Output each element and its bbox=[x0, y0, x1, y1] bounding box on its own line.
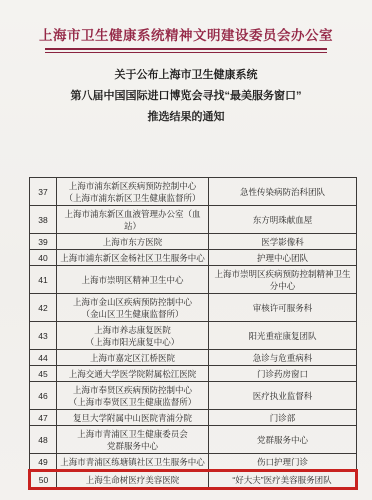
row-number-cell: 49 bbox=[30, 454, 57, 471]
table-row: 39 上海市东方医院 医学影像科 bbox=[30, 234, 357, 250]
table-row: 45 上海交通大学医学院附属松江医院 门诊药房窗口 bbox=[30, 366, 357, 382]
row-number-cell: 41 bbox=[30, 266, 57, 294]
table-row: 38 上海市浦东新区血液管理办公室（血站） 东方明珠献血屋 bbox=[30, 206, 357, 234]
team-cell: 阳光重症康复团队 bbox=[209, 322, 357, 350]
document-title-line-3: 推选结果的通知 bbox=[0, 107, 372, 128]
row-number-cell: 38 bbox=[30, 206, 57, 234]
institution-cell: 上海生命树医疗美容医院 bbox=[57, 471, 209, 489]
row-number-cell: 37 bbox=[30, 178, 57, 206]
table-row-highlighted: 50 上海生命树医疗美容医院 “好大夫”医疗美容服务团队 bbox=[30, 471, 357, 489]
table-row: 47 复旦大学附属中山医院青浦分院 门诊部 bbox=[30, 410, 357, 426]
row-number-cell: 50 bbox=[30, 471, 57, 489]
row-number-cell: 42 bbox=[30, 294, 57, 322]
institution-cell: 上海交通大学医学院附属松江医院 bbox=[57, 366, 209, 382]
team-cell: “好大夫”医疗美容服务团队 bbox=[209, 471, 357, 489]
institution-cell: 上海市青浦区练塘镇社区卫生服务中心 bbox=[57, 454, 209, 471]
team-cell: 急性传染病防治科团队 bbox=[209, 178, 357, 206]
row-number-cell: 47 bbox=[30, 410, 57, 426]
team-cell: 东方明珠献血屋 bbox=[209, 206, 357, 234]
letterhead-double-rule bbox=[45, 48, 327, 53]
table-row: 40 上海市浦东新区金杨社区卫生服务中心 护理中心团队 bbox=[30, 250, 357, 266]
table-row: 46 上海市奉贤区疾病预防控制中心 （上海市奉贤区卫生健康监督所） 医疗执业监督… bbox=[30, 382, 357, 410]
document-title: 关于公布上海市卫生健康系统 第八届中国国际进口博览会寻找“最美服务窗口” 推选结… bbox=[0, 65, 372, 128]
table-row: 41 上海市崇明区精神卫生中心 上海市崇明区疾病预防控制精神卫生分中心 bbox=[30, 266, 357, 294]
document-title-line-2: 第八届中国国际进口博览会寻找“最美服务窗口” bbox=[0, 86, 372, 107]
table-row: 48 上海市青浦区卫生健康委员会 党群服务中心 党群服务中心 bbox=[30, 426, 357, 454]
institution-cell: 上海市青浦区卫生健康委员会 党群服务中心 bbox=[57, 426, 209, 454]
team-cell: 护理中心团队 bbox=[209, 250, 357, 266]
institution-cell: 上海市金山区疾病预防控制中心 （金山区卫生健康监督所） bbox=[57, 294, 209, 322]
institution-cell: 上海市浦东新区血液管理办公室（血站） bbox=[57, 206, 209, 234]
institution-cell: 复旦大学附属中山医院青浦分院 bbox=[57, 410, 209, 426]
results-table: 37 上海市浦东新区疾病预防控制中心 （上海市浦东新区卫生健康监督所） 急性传染… bbox=[28, 177, 358, 490]
team-cell: 门诊药房窗口 bbox=[209, 366, 357, 382]
table-row: 43 上海市养志康复医院 （上海市阳光康复中心） 阳光重症康复团队 bbox=[30, 322, 357, 350]
institution-cell: 上海市浦东新区疾病预防控制中心 （上海市浦东新区卫生健康监督所） bbox=[57, 178, 209, 206]
team-cell: 急诊与危重病科 bbox=[209, 350, 357, 366]
row-number-cell: 45 bbox=[30, 366, 57, 382]
institution-cell: 上海市崇明区精神卫生中心 bbox=[57, 266, 209, 294]
institution-cell: 上海市浦东新区金杨社区卫生服务中心 bbox=[57, 250, 209, 266]
table-row: 49 上海市青浦区练塘镇社区卫生服务中心 伤口护理门诊 bbox=[30, 454, 357, 471]
document-title-line-1: 关于公布上海市卫生健康系统 bbox=[0, 65, 372, 86]
table-row: 44 上海市嘉定区江桥医院 急诊与危重病科 bbox=[30, 350, 357, 366]
institution-cell: 上海市嘉定区江桥医院 bbox=[57, 350, 209, 366]
institution-cell: 上海市奉贤区疾病预防控制中心 （上海市奉贤区卫生健康监督所） bbox=[57, 382, 209, 410]
team-cell: 医疗执业监督科 bbox=[209, 382, 357, 410]
team-cell: 伤口护理门诊 bbox=[209, 454, 357, 471]
team-cell: 医学影像科 bbox=[209, 234, 357, 250]
row-number-cell: 39 bbox=[30, 234, 57, 250]
institution-cell: 上海市东方医院 bbox=[57, 234, 209, 250]
institution-cell: 上海市养志康复医院 （上海市阳光康复中心） bbox=[57, 322, 209, 350]
row-number-cell: 44 bbox=[30, 350, 57, 366]
table-row: 37 上海市浦东新区疾病预防控制中心 （上海市浦东新区卫生健康监督所） 急性传染… bbox=[30, 178, 357, 206]
row-number-cell: 48 bbox=[30, 426, 57, 454]
row-number-cell: 43 bbox=[30, 322, 57, 350]
table-row: 42 上海市金山区疾病预防控制中心 （金山区卫生健康监督所） 审核许可服务科 bbox=[30, 294, 357, 322]
letterhead-office-name: 上海市卫生健康系统精神文明建设委员会办公室 bbox=[0, 27, 372, 45]
team-cell: 门诊部 bbox=[209, 410, 357, 426]
row-number-cell: 40 bbox=[30, 250, 57, 266]
team-cell: 审核许可服务科 bbox=[209, 294, 357, 322]
row-number-cell: 46 bbox=[30, 382, 57, 410]
team-cell: 上海市崇明区疾病预防控制精神卫生分中心 bbox=[209, 266, 357, 294]
results-table-body: 37 上海市浦东新区疾病预防控制中心 （上海市浦东新区卫生健康监督所） 急性传染… bbox=[30, 178, 357, 489]
scanned-document-page: 上海市卫生健康系统精神文明建设委员会办公室 关于公布上海市卫生健康系统 第八届中… bbox=[0, 0, 372, 500]
team-cell: 党群服务中心 bbox=[209, 426, 357, 454]
